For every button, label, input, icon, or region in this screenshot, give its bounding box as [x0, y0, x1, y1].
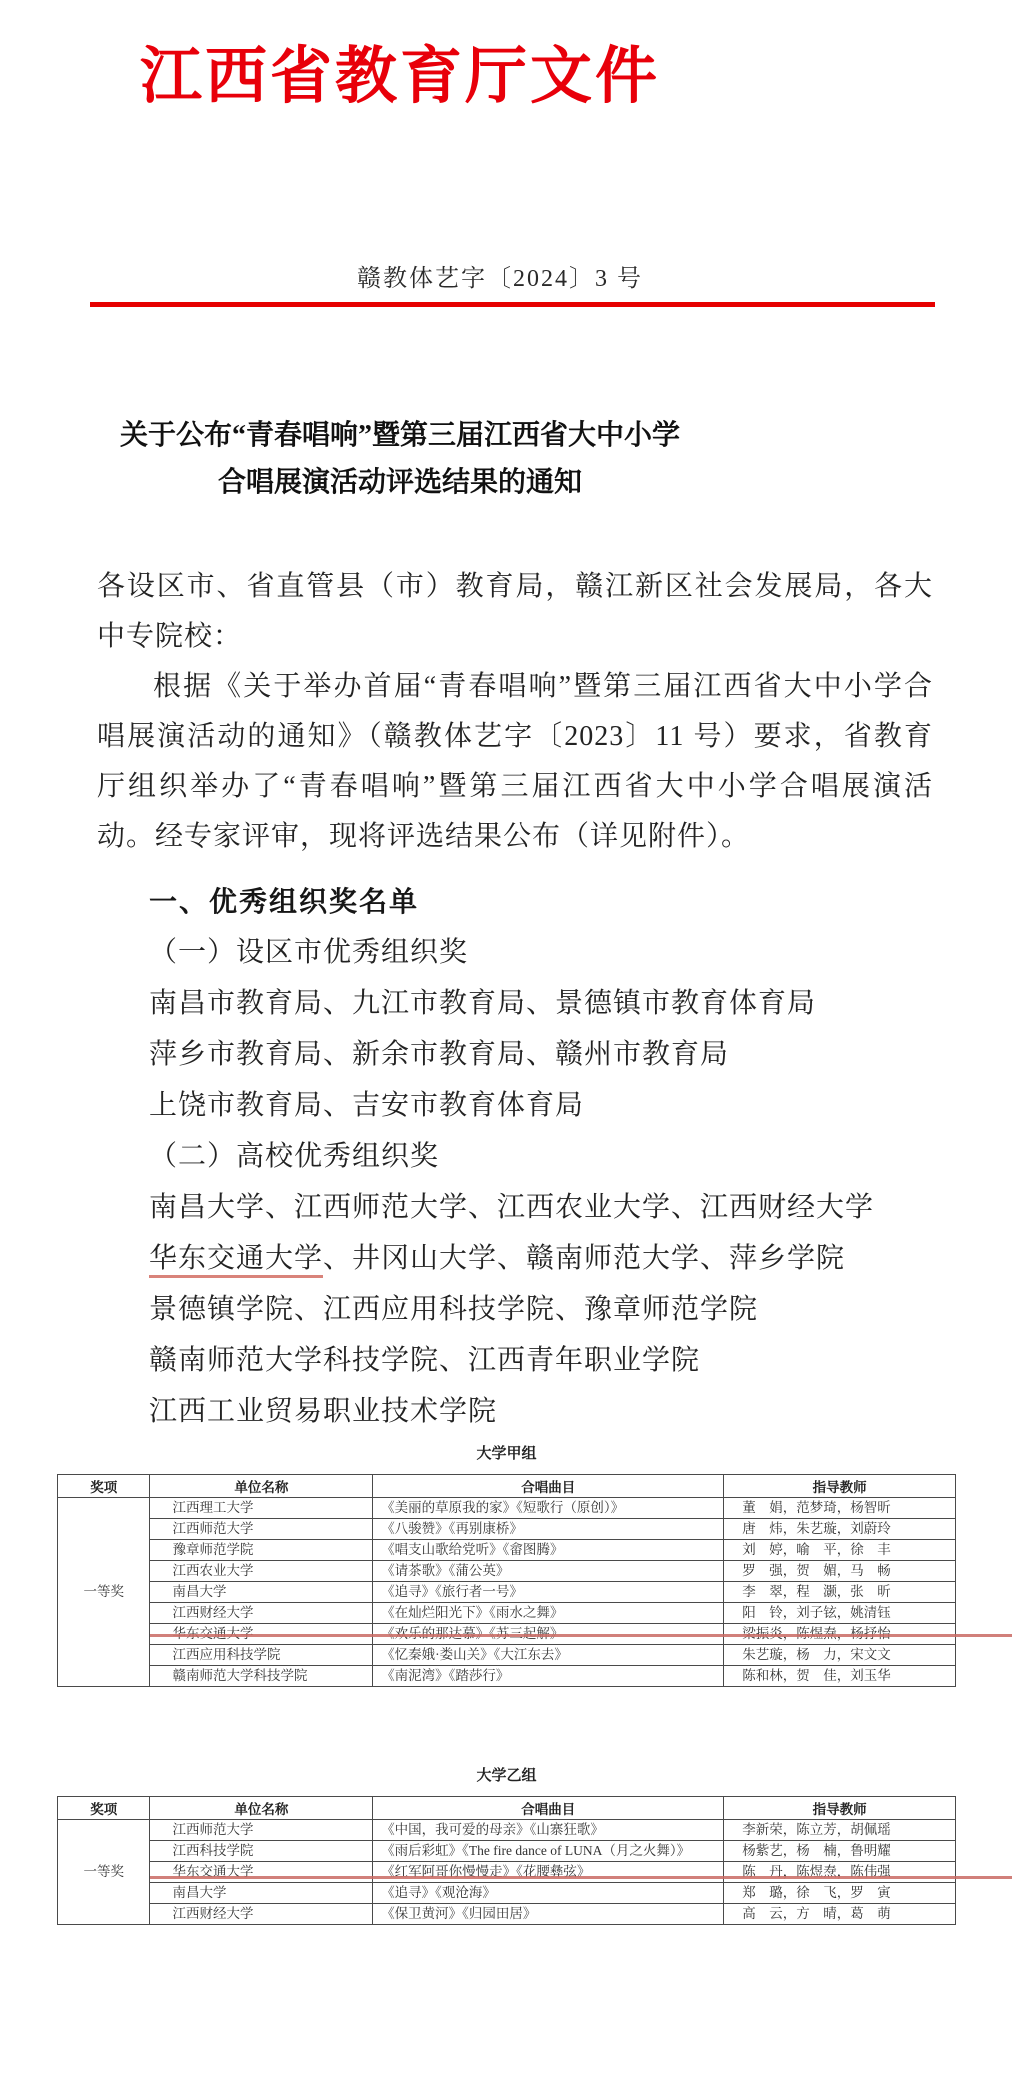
teachers-cell: 李 翠，程 灏，张 昕 [724, 1582, 956, 1603]
table-row: 一等奖 江西理工大学 《美丽的草原我的家》《短歌行（原创）》 董 娟，范梦琦，杨… [58, 1498, 956, 1519]
table-row: 江西师范大学 《八骏赞》《再别康桥》 唐 炜，朱艺璇，刘蔚玲 [58, 1519, 956, 1540]
unit-cell: 江西理工大学 [150, 1498, 373, 1519]
teachers-cell: 朱艺璇，杨 力，宋文文 [724, 1645, 956, 1666]
header-teachers: 指导教师 [724, 1797, 956, 1820]
header-songs: 合唱曲目 [373, 1475, 724, 1498]
body-paragraph: 根据《关于举办首届“青春唱响”暨第三届江西省大中小学合唱展演活动的通知》（赣教体… [97, 662, 933, 862]
songs-cell: 《追寻》《观沧海》 [373, 1883, 724, 1904]
songs-cell: 《八骏赞》《再别康桥》 [373, 1519, 724, 1540]
salutation: 各设区市、省直管县（市）教育局，赣江新区社会发展局，各大中专院校： [97, 562, 933, 662]
teachers-cell: 唐 炜，朱艺璇，刘蔚玲 [724, 1519, 956, 1540]
document-body: 各设区市、省直管县（市）教育局，赣江新区社会发展局，各大中专院校： 根据《关于举… [97, 562, 933, 1437]
letterhead-divider-rule [90, 302, 935, 307]
document-page: 江西省教育厅文件 赣教体艺字〔2024〕3 号 关于公布“青春唱响”暨第三届江西… [0, 0, 1024, 2099]
unit-cell: 南昌大学 [150, 1883, 373, 1904]
notice-title-line2: 合唱展演活动评选结果的通知 [0, 459, 800, 506]
songs-cell: 《唱支山歌给党听》《畲图腾》 [373, 1540, 724, 1561]
table-row-highlighted: 华东交通大学 《红军阿哥你慢慢走》《花腰彝弦》 陈 丹，陈煜焘，陈伟强 [58, 1862, 956, 1883]
table-row: 豫章师范学院 《唱支山歌给党听》《畲图腾》 刘 婷，喻 平，徐 丰 [58, 1540, 956, 1561]
teachers-cell: 杨紫艺，杨 楠，鲁明耀 [724, 1841, 956, 1862]
city-awards-line: 萍乡市教育局、新余市教育局、赣州市教育局 [97, 1029, 933, 1080]
awards-table-group-b: 奖项 单位名称 合唱曲目 指导教师 一等奖 江西师范大学 《中国，我可爱的母亲》… [57, 1796, 956, 1925]
header-teachers: 指导教师 [724, 1475, 956, 1498]
red-annotation-underline [150, 1634, 1012, 1637]
teachers-cell: 郑 璐，徐 飞，罗 寅 [724, 1883, 956, 1904]
university-awards-line: 江西工业贸易职业技术学院 [97, 1386, 933, 1437]
unit-cell: 南昌大学 [150, 1582, 373, 1603]
table-row: 一等奖 江西师范大学 《中国，我可爱的母亲》《山寨狂歌》 李新荣，陈立芳，胡佩瑶 [58, 1820, 956, 1841]
songs-cell: 《追寻》《旅行者一号》 [373, 1582, 724, 1603]
unit-cell: 江西财经大学 [150, 1904, 373, 1925]
teachers-cell: 李新荣，陈立芳，胡佩瑶 [724, 1820, 956, 1841]
songs-cell: 《在灿烂阳光下》《雨水之舞》 [373, 1603, 724, 1624]
table-row: 江西财经大学 《保卫黄河》《归园田居》 高 云，方 晴，葛 萌 [58, 1904, 956, 1925]
teachers-cell: 刘 婷，喻 平，徐 丰 [724, 1540, 956, 1561]
document-number: 赣教体艺字〔2024〕3 号 [0, 258, 1000, 293]
songs-cell: 《中国，我可爱的母亲》《山寨狂歌》 [373, 1820, 724, 1841]
songs-cell: 《忆秦娥·娄山关》《大江东去》 [373, 1645, 724, 1666]
table-header-row: 奖项 单位名称 合唱曲目 指导教师 [58, 1797, 956, 1820]
table-caption-group-b: 大学乙组 [57, 1766, 956, 1786]
songs-cell: 《保卫黄河》《归园田居》 [373, 1904, 724, 1925]
table-caption-group-a: 大学甲组 [57, 1444, 956, 1464]
subsection-2-heading: （二）高校优秀组织奖 [97, 1131, 933, 1182]
unit-cell: 江西财经大学 [150, 1603, 373, 1624]
header-unit: 单位名称 [150, 1797, 373, 1820]
university-awards-line: 华东交通大学、井冈山大学、赣南师范大学、萍乡学院 [97, 1233, 933, 1284]
table-header-row: 奖项 单位名称 合唱曲目 指导教师 [58, 1475, 956, 1498]
header-award: 奖项 [58, 1797, 150, 1820]
songs-cell: 《雨后彩虹》《The fire dance of LUNA（月之火舞）》 [373, 1841, 724, 1862]
table-group-b: 大学乙组 奖项 单位名称 合唱曲目 指导教师 一等奖 江西师范大学 《中国，我可… [57, 1766, 956, 1925]
unit-cell: 豫章师范学院 [150, 1540, 373, 1561]
table-row: 江西财经大学 《在灿烂阳光下》《雨水之舞》 阳 铃，刘子铉，姚清钰 [58, 1603, 956, 1624]
table-row: 南昌大学 《追寻》《旅行者一号》 李 翠，程 灏，张 昕 [58, 1582, 956, 1603]
songs-cell: 《请茶歌》《蒲公英》 [373, 1561, 724, 1582]
songs-cell: 《红军阿哥你慢慢走》《花腰彝弦》 [373, 1862, 724, 1883]
table-row: 江西农业大学 《请茶歌》《蒲公英》 罗 强，贺 媚，马 畅 [58, 1561, 956, 1582]
unit-cell: 赣南师范大学科技学院 [150, 1666, 373, 1687]
teachers-cell: 高 云，方 晴，葛 萌 [724, 1904, 956, 1925]
red-annotation-underline [150, 1876, 1012, 1879]
organization-awards-section: 一、优秀组织奖名单 （一）设区市优秀组织奖 南昌市教育局、九江市教育局、景德镇市… [97, 876, 933, 1437]
notice-title-line1: 关于公布“青春唱响”暨第三届江西省大中小学 [0, 412, 800, 459]
awards-table-group-a: 奖项 单位名称 合唱曲目 指导教师 一等奖 江西理工大学 《美丽的草原我的家》《… [57, 1474, 956, 1687]
table-group-a: 大学甲组 奖项 单位名称 合唱曲目 指导教师 一等奖 江西理工大学 《美丽的草原… [57, 1444, 956, 1687]
teachers-cell: 阳 铃，刘子铉，姚清钰 [724, 1603, 956, 1624]
award-level-cell: 一等奖 [58, 1820, 150, 1925]
teachers-cell: 陈 丹，陈煜焘，陈伟强 [724, 1862, 956, 1883]
songs-cell: 《南泥湾》《踏莎行》 [373, 1666, 724, 1687]
table-row: 南昌大学 《追寻》《观沧海》 郑 璐，徐 飞，罗 寅 [58, 1883, 956, 1904]
city-awards-line: 上饶市教育局、吉安市教育体育局 [97, 1080, 933, 1131]
songs-cell: 《美丽的草原我的家》《短歌行（原创）》 [373, 1498, 724, 1519]
teachers-cell: 陈和林，贺 佳，刘玉华 [724, 1666, 956, 1687]
header-songs: 合唱曲目 [373, 1797, 724, 1820]
university-awards-line: 景德镇学院、江西应用科技学院、豫章师范学院 [97, 1284, 933, 1335]
unit-cell: 江西师范大学 [150, 1519, 373, 1540]
unit-cell: 江西农业大学 [150, 1561, 373, 1582]
university-awards-line: 南昌大学、江西师范大学、江西农业大学、江西财经大学 [97, 1182, 933, 1233]
table-row: 江西科技学院 《雨后彩虹》《The fire dance of LUNA（月之火… [58, 1841, 956, 1862]
university-awards-line-rest: 、井冈山大学、赣南师范大学、萍乡学院 [323, 1243, 845, 1274]
unit-cell: 江西应用科技学院 [150, 1645, 373, 1666]
table-row: 江西应用科技学院 《忆秦娥·娄山关》《大江东去》 朱艺璇，杨 力，宋文文 [58, 1645, 956, 1666]
table-row: 赣南师范大学科技学院 《南泥湾》《踏莎行》 陈和林，贺 佳，刘玉华 [58, 1666, 956, 1687]
section-heading: 一、优秀组织奖名单 [97, 876, 933, 927]
agency-letterhead-title: 江西省教育厅文件 [0, 26, 800, 115]
underlined-university-name: 华东交通大学 [149, 1243, 323, 1278]
award-level-cell: 一等奖 [58, 1498, 150, 1687]
notice-title: 关于公布“青春唱响”暨第三届江西省大中小学 合唱展演活动评选结果的通知 [0, 412, 800, 506]
teachers-cell: 罗 强，贺 媚，马 畅 [724, 1561, 956, 1582]
teachers-cell: 董 娟，范梦琦，杨智昕 [724, 1498, 956, 1519]
city-awards-line: 南昌市教育局、九江市教育局、景德镇市教育体育局 [97, 978, 933, 1029]
subsection-1-heading: （一）设区市优秀组织奖 [97, 927, 933, 978]
unit-cell: 江西科技学院 [150, 1841, 373, 1862]
header-unit: 单位名称 [150, 1475, 373, 1498]
unit-cell: 华东交通大学 [150, 1862, 373, 1883]
university-awards-line: 赣南师范大学科技学院、江西青年职业学院 [97, 1335, 933, 1386]
header-award: 奖项 [58, 1475, 150, 1498]
unit-cell: 江西师范大学 [150, 1820, 373, 1841]
